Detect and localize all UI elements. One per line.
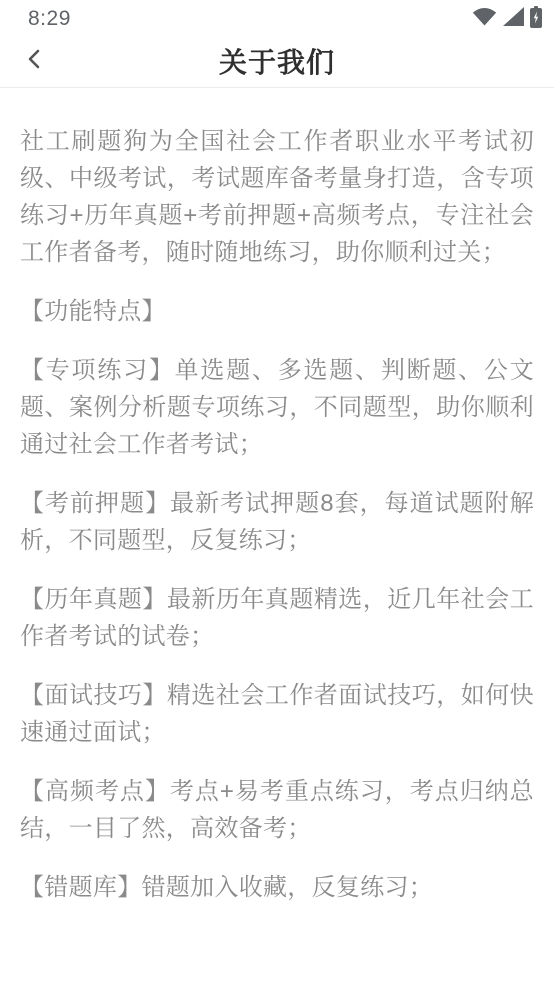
about-us-screen: 8:29 (0, 0, 554, 984)
chevron-left-icon (26, 48, 42, 73)
about-paragraph-interview-skills: 【面试技巧】精选社会工作者面试技巧，如何快速通过面试； (20, 677, 534, 751)
back-button[interactable] (20, 34, 48, 87)
about-paragraph-wrong-question-bank: 【错题库】错题加入收藏，反复练习； (20, 869, 534, 906)
status-time: 8:29 (28, 7, 71, 31)
status-icons (472, 6, 542, 33)
about-paragraph-past-papers: 【历年真题】最新历年真题精选，近几年社会工作者考试的试卷； (20, 581, 534, 655)
about-paragraph-special-practice: 【专项练习】单选题、多选题、判断题、公文题、案例分析题专项练习，不同题型，助你顺… (20, 352, 534, 463)
cellular-signal-icon (503, 7, 524, 31)
page-title: 关于我们 (219, 41, 335, 81)
wifi-icon (472, 7, 497, 31)
about-content[interactable]: 社工刷题狗为全国社会工作者职业水平考试初级、中级考试，考试题库备考量身打造，含专… (0, 88, 554, 906)
about-paragraph-exam-predictions: 【考前押题】最新考试押题8套，每道试题附解析，不同题型，反复练习； (20, 485, 534, 559)
battery-charging-icon (530, 6, 542, 33)
about-paragraph-features-heading: 【功能特点】 (20, 293, 534, 330)
about-paragraph-key-points: 【高频考点】考点+易考重点练习，考点归纳总结，一目了然，高效备考； (20, 773, 534, 847)
app-bar: 关于我们 (0, 34, 554, 88)
about-paragraph-intro: 社工刷题狗为全国社会工作者职业水平考试初级、中级考试，考试题库备考量身打造，含专… (20, 123, 534, 271)
status-bar: 8:29 (0, 0, 554, 34)
